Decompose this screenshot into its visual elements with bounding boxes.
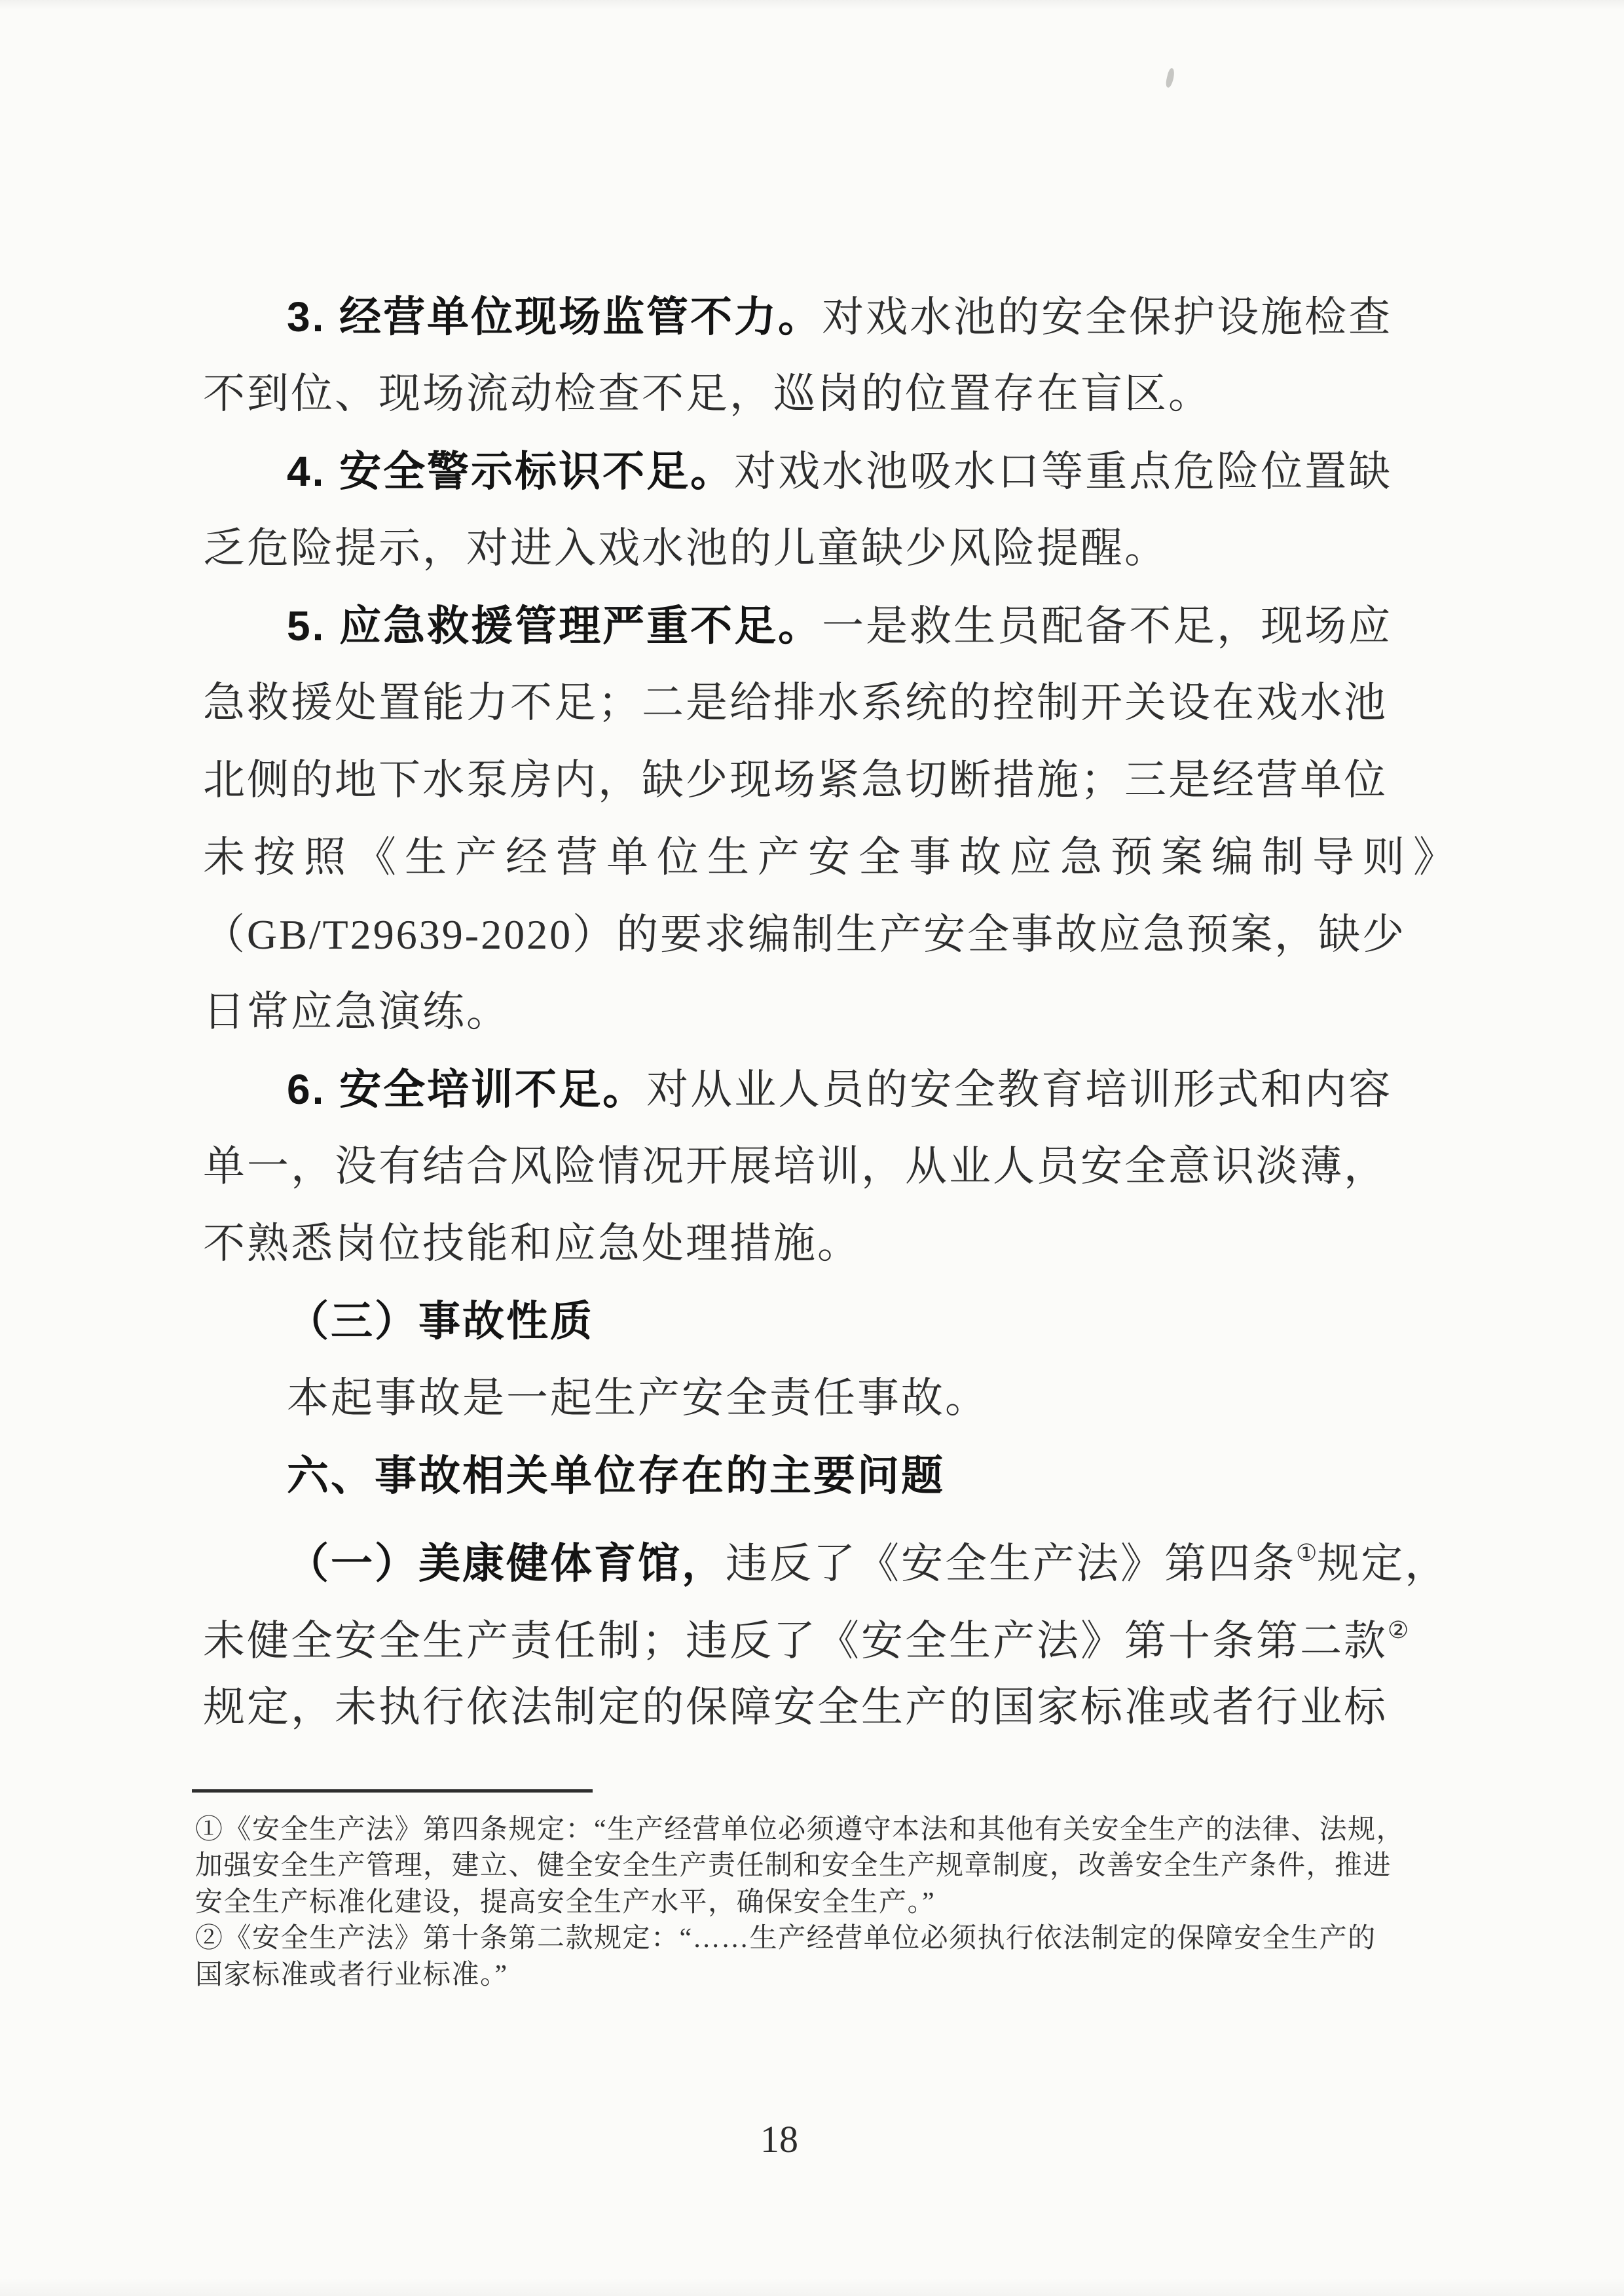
standard-title-text: 未按照《生产经营单位生产安全事故应急预案编制导则》 xyxy=(203,834,1464,881)
page-number: 18 xyxy=(694,2113,864,2166)
body-text: 规定， xyxy=(1317,1540,1449,1587)
scanned-report-page: 3. 经营单位现场监管不力。对戏水池的安全保护设施检查 不到位、现场流动检查不足… xyxy=(0,0,1624,2296)
clause-6-line: 6. 安全培训不足。对从业人员的安全教育培训形式和内容 xyxy=(203,1058,1392,1121)
body-text: 本起事故是一起生产安全责任事故。 xyxy=(287,1375,989,1421)
section-heading-text: （三）事故性质 xyxy=(287,1298,594,1345)
footnote-text: ②《安全生产法》第十条第二款规定：“……生产经营单位必须执行依法制定的保障安全生… xyxy=(195,1923,1376,1954)
body-line: 未健全安全生产责任制；违反了《安全生产法》第十条第二款② xyxy=(203,1599,1409,1662)
body-line: 规定，未执行依法制定的保障安全生产的国家标准或者行业标 xyxy=(203,1676,1388,1739)
body-text: 规定，未执行依法制定的保障安全生产的国家标准或者行业标 xyxy=(203,1684,1388,1730)
footnote-text: 加强安全生产管理，建立、健全安全生产责任制和安全生产规章制度，改善安全生产条件，… xyxy=(195,1851,1392,1881)
footnote-ref-2: ② xyxy=(1388,1617,1409,1643)
body-line: 单一，没有结合风险情况开展培训，从业人员安全意识淡薄， xyxy=(203,1135,1388,1198)
footnote-2-line: ②《安全生产法》第十条第二款规定：“……生产经营单位必须执行依法制定的保障安全生… xyxy=(195,1919,1376,1958)
body-text: 不熟悉岗位技能和应急处理措施。 xyxy=(203,1220,861,1267)
item-one-line: （一）美康健体育馆，违反了《安全生产法》第四条①规定， xyxy=(203,1522,1449,1584)
scan-artifact-speck xyxy=(1165,67,1176,88)
body-line: 不到位、现场流动检查不足，巡岗的位置存在盲区。 xyxy=(203,363,1212,426)
body-line: 本起事故是一起生产安全责任事故。 xyxy=(203,1367,989,1430)
item-one-heading: （一）美康健体育馆， xyxy=(287,1540,726,1587)
clause-5-line: 5. 应急救援管理严重不足。一是救生员配备不足，现场应 xyxy=(203,594,1392,657)
body-text: 日常应急演练。 xyxy=(203,989,510,1035)
body-text: 北侧的地下水泵房内，缺少现场紧急切断措施；三是经营单位 xyxy=(203,757,1388,803)
body-line: 未按照《生产经营单位生产安全事故应急预案编制导则》 xyxy=(203,826,1464,889)
body-text: 急救援处置能力不足；二是给排水系统的控制开关设在戏水池 xyxy=(203,680,1388,726)
body-line: 不熟悉岗位技能和应急处理措施。 xyxy=(203,1212,861,1275)
body-line: 北侧的地下水泵房内，缺少现场紧急切断措施；三是经营单位 xyxy=(203,749,1388,812)
body-text: 未健全安全生产责任制；违反了《安全生产法》第十条第二款 xyxy=(203,1618,1388,1664)
clause-5-heading: 5. 应急救援管理严重不足。 xyxy=(287,602,822,649)
body-text: 不到位、现场流动检查不足，巡岗的位置存在盲区。 xyxy=(203,371,1212,417)
footnote-1-line: 加强安全生产管理，建立、健全安全生产责任制和安全生产规章制度，改善安全生产条件，… xyxy=(195,1846,1392,1886)
body-line: 急救援处置能力不足；二是给排水系统的控制开关设在戏水池 xyxy=(203,672,1388,735)
body-text: 对戏水池的安全保护设施检查 xyxy=(822,294,1392,340)
clause-3-line: 3. 经营单位现场监管不力。对戏水池的安全保护设施检查 xyxy=(203,285,1392,348)
footnote-1-line: 安全生产标准化建设，提高安全生产水平，确保安全生产。” xyxy=(195,1883,935,1922)
footnote-2-line: 国家标准或者行业标准。” xyxy=(195,1956,508,1995)
clause-3-heading: 3. 经营单位现场监管不力。 xyxy=(287,293,822,340)
body-text: 对戏水池吸水口等重点危险位置缺 xyxy=(734,448,1392,495)
footnote-text: 国家标准或者行业标准。” xyxy=(195,1960,508,1990)
clause-4-line: 4. 安全警示标识不足。对戏水池吸水口等重点危险位置缺 xyxy=(203,440,1392,503)
body-line: 乏危险提示，对进入戏水池的儿童缺少风险提醒。 xyxy=(203,517,1168,580)
chapter-heading-text: 六、事故相关单位存在的主要问题 xyxy=(287,1452,945,1499)
footnote-separator xyxy=(192,1789,593,1793)
body-text: 一是救生员配备不足，现场应 xyxy=(822,603,1392,649)
footnote-1-line: ①《安全生产法》第四条规定：“生产经营单位必须遵守本法和其他有关安全生产的法律、… xyxy=(195,1810,1405,1850)
body-line: （GB/T29639-2020）的要求编制生产安全事故应急预案，缺少 xyxy=(203,903,1406,966)
body-text: 乏危险提示，对进入戏水池的儿童缺少风险提醒。 xyxy=(203,525,1168,572)
footnote-text: 安全生产标准化建设，提高安全生产水平，确保安全生产。” xyxy=(195,1887,935,1918)
clause-6-heading: 6. 安全培训不足。 xyxy=(287,1066,646,1113)
body-text: 违反了《安全生产法》第四条 xyxy=(726,1540,1296,1587)
body-text: 对从业人员的安全教育培训形式和内容 xyxy=(646,1066,1392,1113)
standard-number-text: （GB/T29639-2020）的要求编制生产安全事故应急预案，缺少 xyxy=(203,911,1406,958)
footnote-text: ①《安全生产法》第四条规定：“生产经营单位必须遵守本法和其他有关安全生产的法律、… xyxy=(195,1815,1405,1845)
chapter-heading-six: 六、事故相关单位存在的主要问题 xyxy=(203,1444,945,1507)
footnote-ref-1: ① xyxy=(1296,1540,1317,1566)
clause-4-heading: 4. 安全警示标识不足。 xyxy=(287,448,734,495)
body-line: 日常应急演练。 xyxy=(203,981,510,1044)
section-heading-accident-nature: （三）事故性质 xyxy=(203,1290,594,1353)
body-text: 单一，没有结合风险情况开展培训，从业人员安全意识淡薄， xyxy=(203,1143,1388,1190)
